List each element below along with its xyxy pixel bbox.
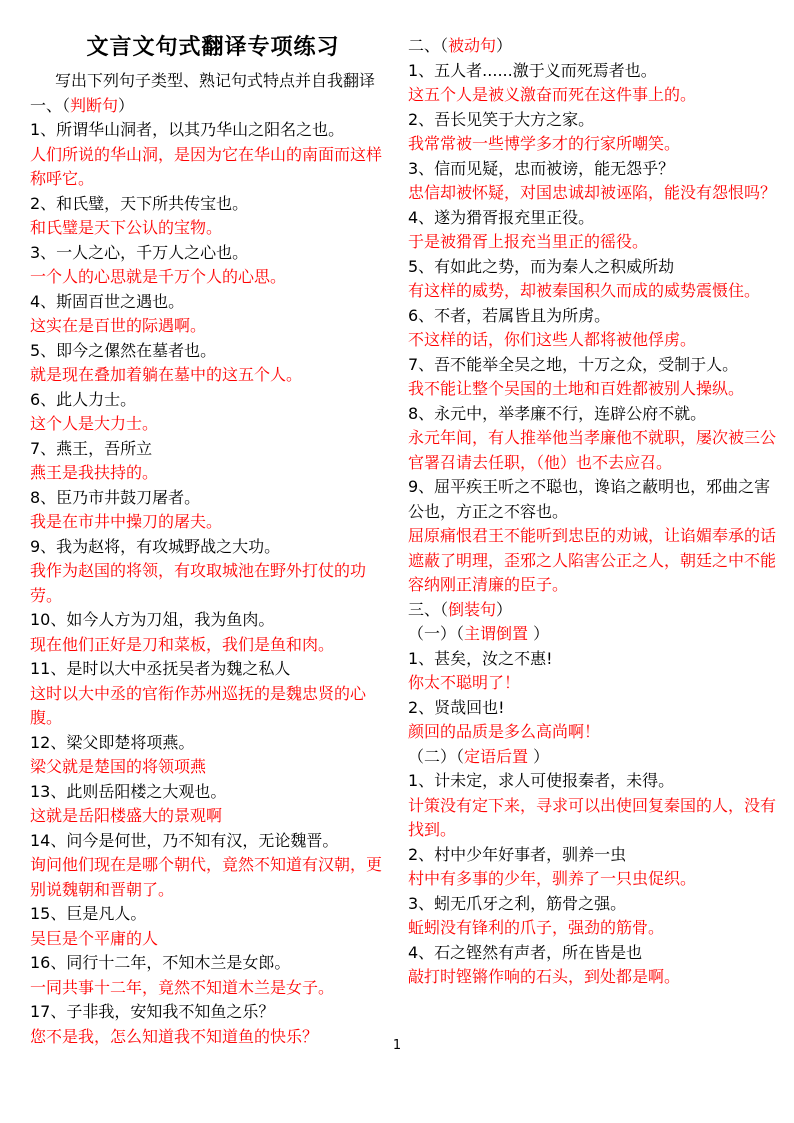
document-title: 文言文句式翻译专项练习 [30,34,396,62]
source-sentence: 17、子非我，安知我不知鱼之乐？ [30,1000,396,1025]
translation-sentence: 我是在市井中操刀的屠夫。 [30,510,396,535]
source-sentence: 5、有如此之势，而为秦人之积威所劫 [408,255,780,280]
translation-sentence: 一同共事十二年，竟然不知道木兰是女子。 [30,976,396,1001]
source-sentence: 6、不者，若属皆且为所虏。 [408,304,780,329]
translation-sentence: 你太不聪明了！ [408,671,780,696]
translation-sentence: 蚯蚓没有锋利的爪子，强劲的筋骨。 [408,916,780,941]
source-sentence: 9、我为赵将，有攻城野战之大功。 [30,535,396,560]
source-sentence: 16、同行十二年，不知木兰是女郎。 [30,951,396,976]
translation-sentence: 和氏璧是天下公认的宝物。 [30,216,396,241]
translation-sentence: 有这样的威势，却被秦国积久而成的威势震慑住。 [408,279,780,304]
source-sentence: 12、梁父即楚将项燕。 [30,731,396,756]
source-sentence: 14、问今是何世，乃不知有汉，无论魏晋。 [30,829,396,854]
section-heading: （一）（主谓倒置 ） [408,622,780,647]
translation-sentence: 不这样的话，你们这些人都将被他俘虏。 [408,328,780,353]
source-sentence: 8、永元中，举孝廉不行，连辟公府不就。 [408,402,780,427]
left-column: 文言文句式翻译专项练习 写出下列句子类型、熟记句式特点并自我翻译 一、（判断句）… [30,34,396,1049]
translation-sentence: 梁父就是楚国的将领项燕 [30,755,396,780]
translation-sentence: 这就是岳阳楼盛大的景观啊 [30,804,396,829]
source-sentence: 2、村中少年好事者，驯养一虫 [408,843,780,868]
section-number: （一）（ [408,624,464,643]
translation-sentence: 永元年间，有人推举他当孝廉他不就职，屡次被三公官署召请去任职，（他）也不去应召。 [408,426,780,475]
section-number: （二）（ [408,747,464,766]
source-sentence: 2、和氏璧，天下所共传宝也。 [30,192,396,217]
source-sentence: 1、计未定，求人可使报秦者，未得。 [408,769,780,794]
section-label: 定语后置 [464,747,528,766]
section-number: 三、（ [408,600,448,619]
translation-sentence: 这时以大中丞的官衔作苏州巡抚的是魏忠贤的心腹。 [30,682,396,731]
source-sentence: 11、是时以大中丞抚吴者为魏之私人 [30,657,396,682]
translation-sentence: 就是现在叠加着躺在墓中的这五个人。 [30,363,396,388]
section-heading: 一、（判断句） [30,94,396,119]
translation-sentence: 吴巨是个平庸的人 [30,927,396,952]
translation-sentence: 这五个人是被义激奋而死在这件事上的。 [408,83,780,108]
source-sentence: 6、此人力士。 [30,388,396,413]
source-sentence: 1、五人者......激于义而死焉者也。 [408,59,780,84]
translation-sentence: 一个人的心思就是千万个人的心思。 [30,265,396,290]
section-label: 被动句 [448,36,496,55]
translation-sentence: 现在他们正好是刀和菜板，我们是鱼和肉。 [30,633,396,658]
source-sentence: 1、所谓华山洞者，以其乃华山之阳名之也。 [30,118,396,143]
source-sentence: 4、斯固百世之遇也。 [30,290,396,315]
document-subtitle: 写出下列句子类型、熟记句式特点并自我翻译 [30,69,396,94]
source-sentence: 2、贤哉回也! [408,696,780,721]
source-sentence: 1、甚矣，汝之不惠! [408,647,780,672]
document-body: 文言文句式翻译专项练习 写出下列句子类型、熟记句式特点并自我翻译 一、（判断句）… [0,0,794,1049]
page-number: 1 [0,1038,794,1053]
source-sentence: 15、巨是凡人。 [30,902,396,927]
translation-sentence: 询问他们现在是哪个朝代，竟然不知道有汉朝，更别说魏朝和晋朝了。 [30,853,396,902]
translation-sentence: 燕王是我扶持的。 [30,461,396,486]
translation-sentence: 我作为赵国的将领，有攻取城池在野外打仗的功劳。 [30,559,396,608]
translation-sentence: 颜回的品质是多么高尚啊！ [408,720,780,745]
translation-sentence: 人们所说的华山洞，是因为它在华山的南面而这样称呼它。 [30,143,396,192]
section-number: ） [118,96,134,115]
source-sentence: 3、信而见疑，忠而被谤，能无怨乎？ [408,157,780,182]
section-heading: （二）（定语后置 ） [408,745,780,770]
source-sentence: 4、石之铿然有声者，所在皆是也 [408,941,780,966]
section-label: 倒装句 [448,600,496,619]
right-column: 二、（被动句）1、五人者......激于义而死焉者也。这五个人是被义激奋而死在这… [408,34,780,1049]
section-number: 一、（ [30,96,70,115]
translation-sentence: 于是被猾胥上报充当里正的徭役。 [408,230,780,255]
translation-sentence: 敲打时铿锵作响的石头，到处都是啊。 [408,965,780,990]
translation-sentence: 这个人是大力士。 [30,412,396,437]
section-number: ） [496,36,512,55]
source-sentence: 9、屈平疾王听之不聪也，谗谄之蔽明也，邪曲之害公也，方正之不容也。 [408,475,780,524]
source-sentence: 3、蚓无爪牙之利，筋骨之强。 [408,892,780,917]
translation-sentence: 村中有多事的少年，驯养了一只虫促织。 [408,867,780,892]
right-column-lines: 二、（被动句）1、五人者......激于义而死焉者也。这五个人是被义激奋而死在这… [408,34,780,990]
section-number: ） [528,747,549,766]
source-sentence: 5、即今之傫然在墓者也。 [30,339,396,364]
source-sentence: 7、吾不能举全吴之地，十万之众，受制于人。 [408,353,780,378]
source-sentence: 10、如今人方为刀俎，我为鱼肉。 [30,608,396,633]
section-label: 判断句 [70,96,118,115]
section-heading: 二、（被动句） [408,34,780,59]
source-sentence: 2、吾长见笑于大方之家。 [408,108,780,133]
source-sentence: 3、一人之心，千万人之心也。 [30,241,396,266]
section-number: ） [496,600,512,619]
translation-sentence: 这实在是百世的际遇啊。 [30,314,396,339]
source-sentence: 7、燕王，吾所立 [30,437,396,462]
section-number: ） [528,624,549,643]
document-page: 文言文句式翻译专项练习 写出下列句子类型、熟记句式特点并自我翻译 一、（判断句）… [0,0,794,1123]
section-label: 主谓倒置 [464,624,528,643]
source-sentence: 8、臣乃市井鼓刀屠者。 [30,486,396,511]
section-heading: 三、（倒装句） [408,598,780,623]
translation-sentence: 屈原痛恨君王不能听到忠臣的劝诫，让谄媚奉承的话遮蔽了明理，歪邪之人陷害公正之人，… [408,524,780,598]
left-column-lines: 一、（判断句）1、所谓华山洞者，以其乃华山之阳名之也。人们所说的华山洞，是因为它… [30,94,396,1050]
translation-sentence: 我不能让整个吴国的土地和百姓都被别人操纵。 [408,377,780,402]
source-sentence: 4、遂为猾胥报充里正役。 [408,206,780,231]
translation-sentence: 忠信却被怀疑，对国忠诚却被诬陷，能没有怨恨吗？ [408,181,780,206]
translation-sentence: 我常常被一些博学多才的行家所嘲笑。 [408,132,780,157]
translation-sentence: 计策没有定下来，寻求可以出使回复秦国的人，没有找到。 [408,794,780,843]
section-number: 二、（ [408,36,448,55]
source-sentence: 13、此则岳阳楼之大观也。 [30,780,396,805]
